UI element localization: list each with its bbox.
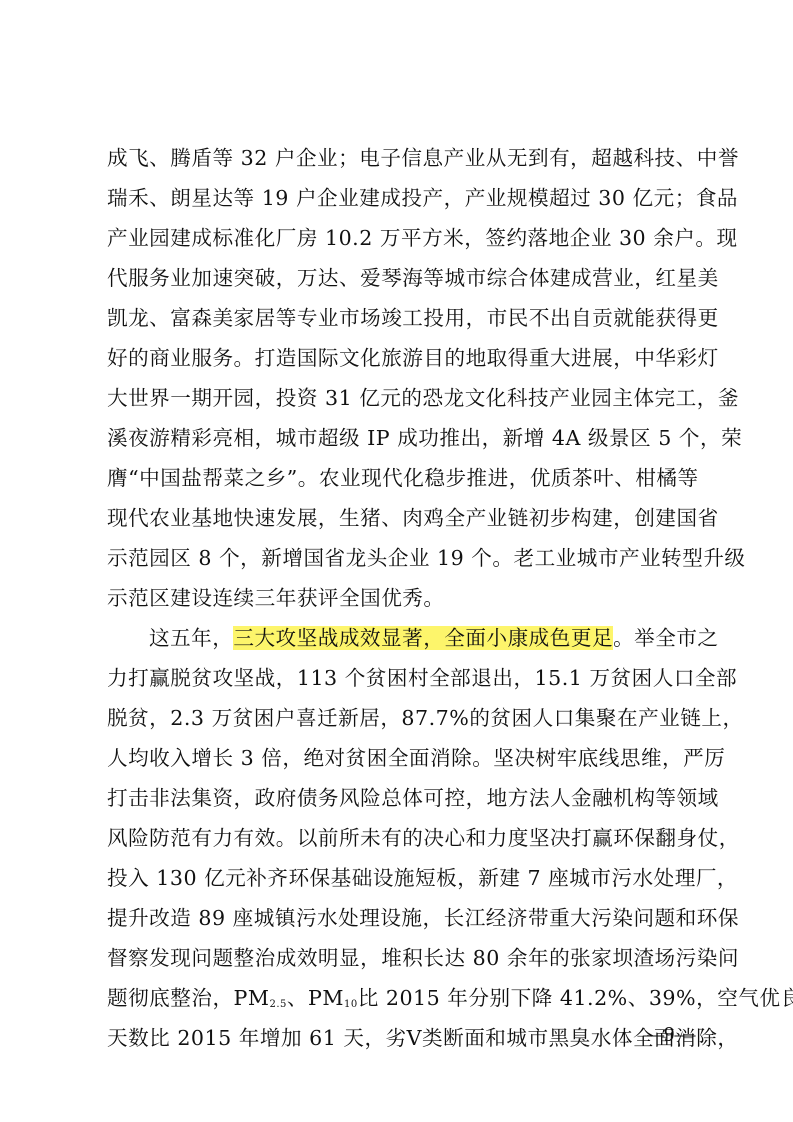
- text-line: 示范区建设连续三年获评全国优秀。: [107, 578, 695, 618]
- text-line: 提升改造 89 座城镇污水处理设施，长江经济带重大污染问题和环保: [107, 898, 695, 938]
- paragraph-first-line: 这五年，三大攻坚战成效显著，全面小康成色更足。举全市之: [107, 618, 695, 658]
- text-span: 比 2015 年分别下降 41.2%、39%，空气优良: [358, 986, 793, 1010]
- text-line: 大世界一期开园，投资 31 亿元的恐龙文化科技产业园主体完工，釜: [107, 378, 695, 418]
- document-page: 成飞、腾盾等 32 户企业；电子信息产业从无到有，超越科技、中誉 瑞禾、朗星达等…: [0, 0, 793, 1122]
- text-line: 人均收入增长 3 倍，绝对贫困全面消除。坚决树牢底线思维，严厉: [107, 738, 695, 778]
- highlighted-text: 三大攻坚战成效显著，全面小康成色更足: [233, 626, 613, 650]
- text-span: 、PM: [287, 986, 344, 1010]
- subscript: 10: [344, 999, 358, 1010]
- text-line: 天数比 2015 年增加 61 天，劣Ⅴ类断面和城市黑臭水体全面消除，: [107, 1018, 695, 1058]
- text-line: 督察发现问题整治成效明显，堆积长达 80 余年的张家坝渣场污染问: [107, 938, 695, 978]
- text-line: 力打赢脱贫攻坚战，113 个贫困村全部退出，15.1 万贫困人口全部: [107, 658, 695, 698]
- pm-line: 题彻底整治，PM2.5、PM10比 2015 年分别下降 41.2%、39%，空…: [107, 978, 695, 1018]
- text-line: 投入 130 亿元补齐环保基础设施短板，新建 7 座城市污水处理厂，: [107, 858, 695, 898]
- text-span: 。举全市之: [613, 626, 718, 650]
- text-line: 瑞禾、朗星达等 19 户企业建成投产，产业规模超过 30 亿元；食品: [107, 178, 695, 218]
- text-line: 脱贫，2.3 万贫困户喜迁新居，87.7%的贫困人口集聚在产业链上，: [107, 698, 695, 738]
- subscript: 2.5: [270, 999, 287, 1010]
- text-line: 好的商业服务。打造国际文化旅游目的地取得重大进展，中华彩灯: [107, 338, 695, 378]
- text-line: 代服务业加速突破，万达、爱琴海等城市综合体建成营业，红星美: [107, 258, 695, 298]
- text-line: 示范园区 8 个，新增国省龙头企业 19 个。老工业城市产业转型升级: [107, 538, 695, 578]
- text-line: 溪夜游精彩亮相，城市超级 IP 成功推出，新增 4A 级景区 5 个，荣: [107, 418, 695, 458]
- text-line: 凯龙、富森美家居等专业市场竣工投用，市民不出自贡就能获得更: [107, 298, 695, 338]
- body-text: 成飞、腾盾等 32 户企业；电子信息产业从无到有，超越科技、中誉 瑞禾、朗星达等…: [107, 138, 695, 1058]
- text-line: 产业园建成标准化厂房 10.2 万平方米，签约落地企业 30 余户。现: [107, 218, 695, 258]
- text-span: 这五年，: [149, 626, 233, 650]
- text-line: 成飞、腾盾等 32 户企业；电子信息产业从无到有，超越科技、中誉: [107, 138, 695, 178]
- text-line: 风险防范有力有效。以前所未有的决心和力度坚决打赢环保翻身仗，: [107, 818, 695, 858]
- page-number: —9—: [643, 1022, 696, 1047]
- text-span: 题彻底整治，PM: [107, 986, 270, 1010]
- text-line: 打击非法集资，政府债务风险总体可控，地方法人金融机构等领域: [107, 778, 695, 818]
- text-line: 现代农业基地快速发展，生猪、肉鸡全产业链初步构建，创建国省: [107, 498, 695, 538]
- text-line: 膺“中国盐帮菜之乡”。农业现代化稳步推进，优质茶叶、柑橘等: [107, 458, 695, 498]
